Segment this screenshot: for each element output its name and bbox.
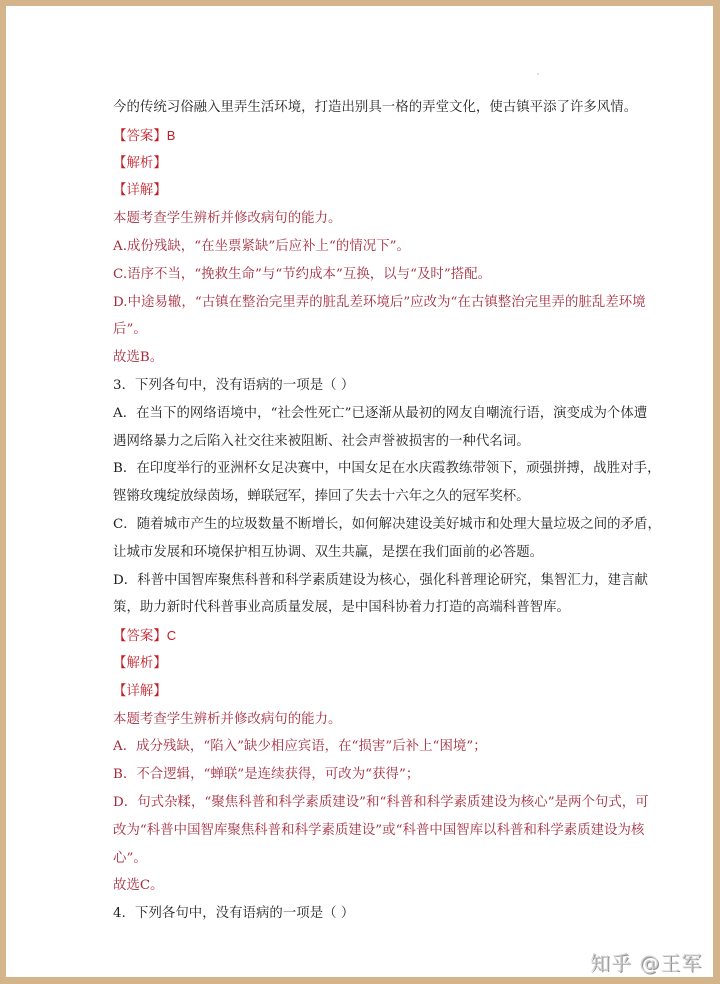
option-line: C．随着城市产生的垃圾数量不断增长，如何解决建设美好城市和处理大量垃圾之间的矛盾… [113, 511, 618, 539]
detail-line: 【详解】 [113, 177, 618, 205]
option-line: 策，助力新时代科普事业高质量发展，是中国科协着力打造的高端科普智库。 [113, 594, 618, 622]
analysis-line: 【解析】 [113, 650, 618, 678]
question-title: 3．下列各句中，没有语病的一项是（ ） [113, 372, 618, 400]
zhihu-watermark: 知乎 @王军 [590, 947, 702, 976]
analysis-tag: 【解析】 [113, 656, 167, 671]
document-page: 今的传统习俗融入里弄生活环境，打造出别具一格的弄堂文化，使古镇平添了许多风情。 … [6, 6, 713, 977]
body-line: 今的传统习俗融入里弄生活环境，打造出别具一格的弄堂文化，使古镇平添了许多风情。 [113, 94, 618, 122]
option-line: 铿锵玫瑰绽放绿茵场，蝉联冠军，捧回了失去十六年之久的冠军奖杯。 [113, 483, 618, 511]
explain-line: B．不合逻辑，“蝉联”是连续获得，可改为“获得”； [113, 761, 618, 789]
explain-line: 本题考查学生辨析并修改病句的能力。 [113, 205, 618, 233]
conclusion-line: 故选C。 [113, 872, 618, 900]
explain-line: D．句式杂糅，“聚焦科普和科学素质建设”和“科普和科学素质建设为核心”是两个句式… [113, 789, 618, 817]
answer-value: B [167, 128, 176, 143]
analysis-line: 【解析】 [113, 150, 618, 178]
scan-speck [537, 73, 539, 75]
explain-line: A．成分残缺，“陷入”缺少相应宾语，在“损害”后补上“困境”； [113, 733, 618, 761]
analysis-tag: 【解析】 [113, 156, 167, 171]
option-line: B．在印度举行的亚洲杯女足决赛中，中国女足在水庆霞教练带领下，顽强拼搏，战胜对手… [113, 455, 618, 483]
explain-line: 后”。 [113, 316, 618, 344]
answer-tag: 【答案】 [113, 629, 167, 644]
question-title: 4．下列各句中，没有语病的一项是（ ） [113, 900, 618, 928]
explain-line: D.中途易辙，“古镇在整治完里弄的脏乱差环境后”应改为“在古镇整治完里弄的脏乱差… [113, 289, 618, 317]
explain-line: 心”。 [113, 845, 618, 873]
explain-line: 本题考查学生辨析并修改病句的能力。 [113, 706, 618, 734]
detail-tag: 【详解】 [113, 183, 167, 198]
detail-tag: 【详解】 [113, 684, 167, 699]
answer-value: C [167, 628, 176, 643]
explain-line: A.成份残缺，“在坐票紧缺”后应补上“的情况下”。 [113, 233, 618, 261]
answer-tag: 【答案】 [113, 129, 167, 144]
explain-line: C.语序不当，“挽救生命”与“节约成本”互换，以与“及时”搭配。 [113, 261, 618, 289]
explain-line: 改为“科普中国智库聚焦科普和科学素质建设”或“科普中国智库以科普和科学素质建设为… [113, 817, 618, 845]
option-line: D．科普中国智库聚焦科普和科学素质建设为核心，强化科普理论研究，集智汇力，建言献 [113, 567, 618, 595]
option-line: A．在当下的网络语境中，“社会性死亡”已逐渐从最初的网友自嘲流行语，演变成为个体… [113, 400, 618, 428]
document-content: 今的传统习俗融入里弄生活环境，打造出别具一格的弄堂文化，使古镇平添了许多风情。 … [113, 94, 618, 928]
option-line: 遇网络暴力之后陷入社交往来被阻断、社会声誉被损害的一种代名词。 [113, 428, 618, 456]
conclusion-line: 故选B。 [113, 344, 618, 372]
answer-line: 【答案】C [113, 622, 618, 650]
option-line: 让城市发展和环境保护相互协调、双生共赢，是摆在我们面前的必答题。 [113, 539, 618, 567]
answer-line: 【答案】B [113, 122, 618, 150]
detail-line: 【详解】 [113, 678, 618, 706]
